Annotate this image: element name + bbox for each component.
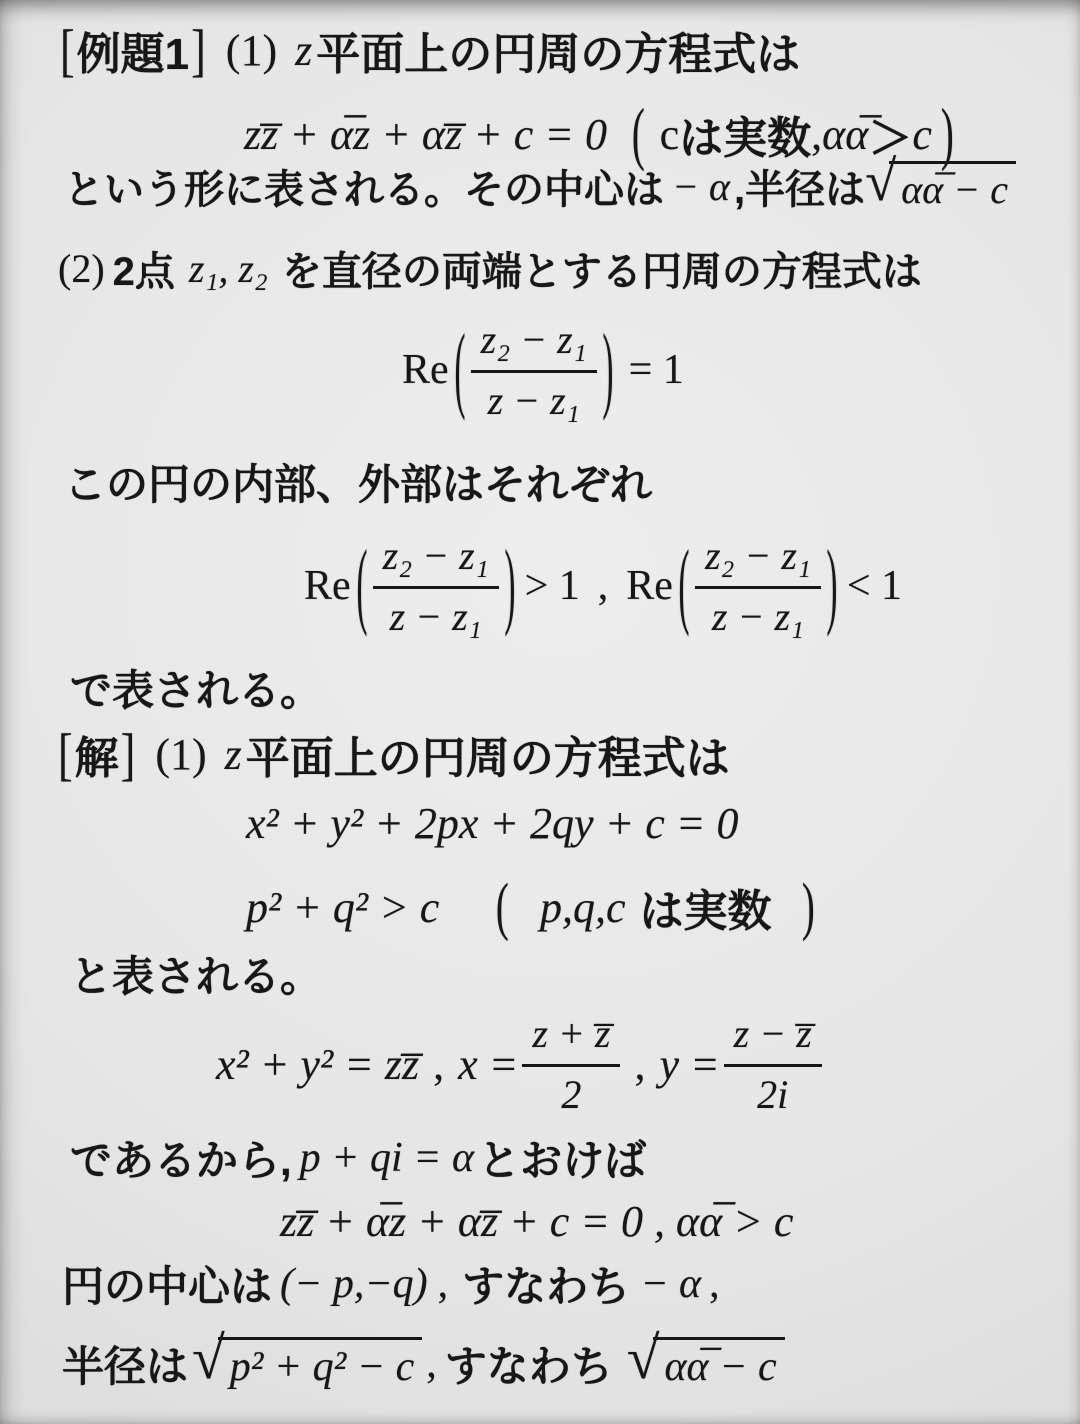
condition-real-text: は実数 — [639, 875, 771, 939]
solution-label: 解 — [75, 722, 119, 786]
variable-z: z — [225, 729, 242, 780]
points-z1-z2: z₁, z₂ — [189, 245, 268, 292]
two-points-text: 2点 — [113, 240, 175, 297]
equals-one: = 1 — [629, 346, 684, 394]
item-number-2: (2) — [58, 245, 105, 292]
big-paren-open: ( — [356, 538, 367, 635]
equation-substitution: x² + y² = zz̅ , x = z + z̅ 2 , y = z − z… — [216, 1008, 822, 1120]
radius-sqrt-pq: √ p² + q² − c — [192, 1337, 422, 1391]
condition-vars: p,q,c — [540, 882, 626, 933]
x-fraction: z + z̅ 2 — [522, 1013, 620, 1116]
equation-condition: p² + q² > c ( p,q,c は実数 ) — [246, 864, 816, 950]
therefore-sentence: であるから, p + qi = α とおけば — [70, 1128, 646, 1188]
fraction-denominator: z − z₁ — [380, 589, 492, 638]
separator-comma: , — [634, 1039, 645, 1090]
condition-real-text: は実数 — [679, 102, 811, 166]
item-number-1: (1) — [155, 729, 206, 780]
radicand: αα̅ − c — [653, 1337, 785, 1391]
equation-re-equals-1: Re ( z₂ − z₁ z − z₁ ) = 1 — [402, 304, 684, 436]
example-bracket-open: [ — [58, 16, 77, 83]
solution-heading: [ 解 ] (1) z 平面上の円周の方程式は — [56, 722, 730, 786]
x-equals: x = — [458, 1039, 518, 1090]
condition-c-var: c — [660, 109, 680, 160]
example-bracket-close: ] — [189, 16, 208, 83]
less-than-one: < 1 — [847, 562, 902, 610]
radical-sign: √ — [192, 1335, 225, 1383]
center-radius-sentence: という形に表される。その中心は − α ,半径は √ αα̅ − c — [64, 158, 1016, 215]
zz-bar-identity: x² + y² = zz̅ — [216, 1039, 419, 1090]
big-paren-open: ( — [496, 874, 509, 939]
center-sentence: 円の中心は (− p,−q) , すなわち − α , — [62, 1254, 720, 1314]
equation-xy-circle: x² + y² + 2px + 2qy + c = 0 — [246, 798, 739, 849]
namely-text: すなわち — [445, 1334, 613, 1394]
fraction-numerator: z₂ − z₁ — [695, 535, 821, 589]
namely-text: すなわち — [462, 1254, 630, 1314]
solution-bracket-open: [ — [56, 720, 75, 787]
separator-comma: , — [426, 1340, 437, 1388]
big-paren-close: ) — [504, 538, 515, 635]
fraction-denominator: z − z₁ — [702, 589, 814, 638]
big-paren-close: ) — [826, 538, 837, 635]
big-paren-close: ) — [802, 874, 815, 939]
expressed-sentence-2: と表される。 — [70, 944, 322, 1004]
sentence-text: で表される。 — [70, 658, 322, 718]
sentence-text-2: ,半径は — [734, 158, 865, 215]
alpha-definition: p + qi = α — [300, 1134, 474, 1182]
sentence-text-2: とおけば — [478, 1128, 646, 1188]
textbook-page: [ 例題1 ] (1) z 平面上の円周の方程式は zz̅ + α̅z + αz… — [0, 0, 1080, 1424]
separator-comma: , — [598, 562, 609, 610]
big-paren-open: ( — [454, 322, 465, 419]
radicand: p² + q² − c — [218, 1337, 423, 1391]
condition-rhs-c: c — [912, 109, 932, 160]
equation-circle-lhs: zz̅ + α̅z + αz̅ + c = 0 — [244, 109, 607, 160]
item-number-1: (1) — [226, 25, 277, 76]
equation-result: zz̅ + α̅z + αz̅ + c = 0 , αα̅ > c — [280, 1196, 793, 1247]
sentence-text-1: 円の中心は — [62, 1254, 272, 1314]
condition-comma: , — [811, 109, 822, 160]
center-value: − α — [672, 163, 730, 210]
re-fraction: z₂ − z₁ z − z₁ — [695, 535, 821, 638]
heading-text: 平面上の円周の方程式は — [316, 18, 800, 82]
problem-part2-heading: (2) 2点 z₁, z₂ を直径の両端とする円周の方程式は — [58, 240, 922, 297]
expressed-sentence: で表される。 — [70, 658, 322, 718]
re-function: Re — [402, 346, 449, 394]
center-alpha: − α — [640, 1260, 701, 1308]
re-function: Re — [626, 562, 673, 610]
sentence-text: この円の内部、外部はそれぞれ — [64, 452, 652, 512]
condition-alpha: αα̅ — [822, 109, 868, 160]
fraction-numerator: z₂ − z₁ — [373, 535, 499, 589]
equation-re-inequalities: Re ( z₂ − z₁ z − z₁ ) > 1 , Re ( z₂ − z₁… — [304, 516, 902, 656]
radical-sign: √ — [865, 159, 896, 204]
separator-comma: , — [438, 1260, 449, 1308]
separator-comma: , — [433, 1039, 444, 1090]
example-label: 例題1 — [77, 18, 189, 82]
big-paren-open: ( — [678, 538, 689, 635]
radius-sentence: 半径は √ p² + q² − c , すなわち √ αα̅ − c — [62, 1318, 785, 1410]
fraction-denominator: 2i — [747, 1067, 798, 1116]
fraction-numerator: z − z̅ — [724, 1013, 822, 1067]
problem-heading: [ 例題1 ] (1) z 平面上の円周の方程式は — [58, 18, 800, 82]
sentence-text-1: であるから, — [70, 1128, 292, 1188]
fraction-denominator: z − z₁ — [478, 373, 590, 422]
equation-text: x² + y² + 2px + 2qy + c = 0 — [246, 798, 739, 849]
fraction-numerator: z₂ − z₁ — [471, 319, 597, 373]
radius-sqrt: √ αα̅ − c — [865, 161, 1016, 213]
re-fraction: z₂ − z₁ z − z₁ — [471, 319, 597, 422]
y-fraction: z − z̅ 2i — [724, 1013, 822, 1116]
variable-z: z — [295, 25, 312, 76]
solution-bracket-close: ] — [119, 720, 138, 787]
interior-exterior-sentence: この円の内部、外部はそれぞれ — [64, 452, 652, 512]
re-function: Re — [304, 562, 351, 610]
center-coordinates: (− p,−q) — [280, 1260, 428, 1308]
sentence-text-1: 半径は — [62, 1334, 188, 1394]
equation-text: zz̅ + α̅z + αz̅ + c = 0 , αα̅ > c — [280, 1196, 793, 1247]
condition-lhs: p² + q² > c — [246, 882, 439, 933]
fraction-numerator: z + z̅ — [522, 1013, 620, 1067]
trailing-comma: , — [709, 1260, 720, 1308]
radius-sqrt-alpha: √ αα̅ − c — [627, 1337, 785, 1391]
radicand: αα̅ − c — [889, 161, 1016, 213]
y-equals: y = — [659, 1039, 719, 1090]
big-paren-close: ) — [602, 322, 613, 419]
sentence-text: と表される。 — [70, 944, 322, 1004]
diameter-text: を直径の両端とする円周の方程式は — [282, 240, 922, 297]
fraction-denominator: 2 — [551, 1067, 591, 1116]
greater-than-one: > 1 — [525, 562, 580, 610]
sentence-text-1: という形に表される。その中心は — [64, 158, 664, 215]
radical-sign: √ — [627, 1335, 660, 1383]
re-fraction: z₂ − z₁ z − z₁ — [373, 535, 499, 638]
heading-text: 平面上の円周の方程式は — [246, 722, 730, 786]
